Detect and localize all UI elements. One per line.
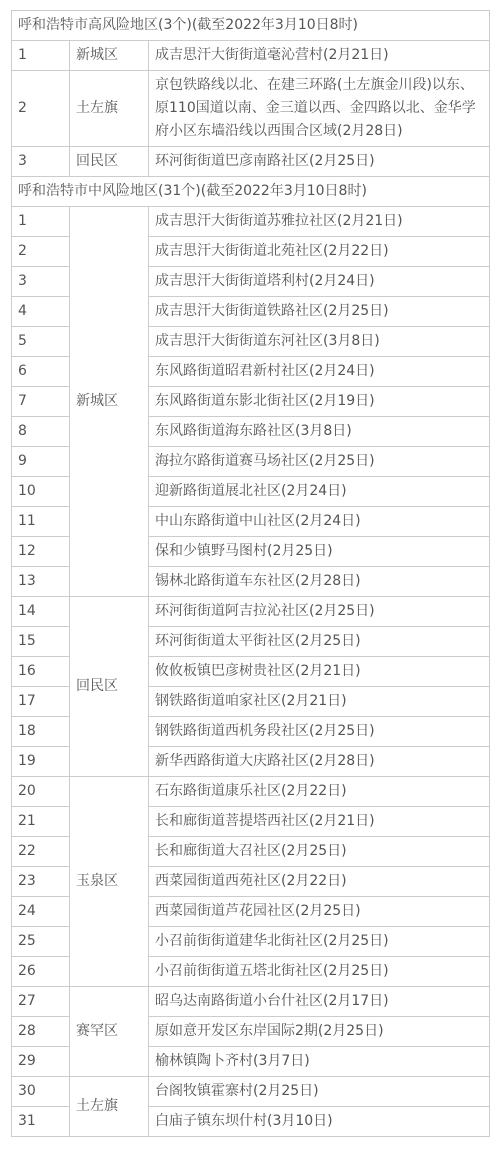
row-number-cell: 21	[12, 807, 70, 837]
location-cell: 小召前街街道建华北街社区(2月25日)	[149, 927, 490, 957]
location-cell: 环河街街道太平街社区(2月25日)	[149, 627, 490, 657]
location-cell: 成吉思汗大街街道苏雅拉社区(2月21日)	[149, 207, 490, 237]
location-cell: 京包铁路线以北、在建三环路(土左旗金川段)以东、原110国道以南、金三道以西、金…	[149, 71, 490, 147]
table-row: 3回民区环河街街道巴彦南路社区(2月25日)	[12, 147, 490, 177]
location-cell: 台阁牧镇霍寨村(2月25日)	[149, 1077, 490, 1107]
location-cell: 新华西路街道大庆路社区(2月28日)	[149, 747, 490, 777]
table-row: 20玉泉区石东路街道康乐社区(2月22日)	[12, 777, 490, 807]
row-number-cell: 19	[12, 747, 70, 777]
location-cell: 中山东路街道中山社区(2月24日)	[149, 507, 490, 537]
row-number-cell: 8	[12, 417, 70, 447]
section-header-2: 呼和浩特市中风险地区(31个)(截至2022年3月10日8时)	[12, 177, 490, 207]
location-cell: 西菜园街道西苑社区(2月22日)	[149, 867, 490, 897]
location-cell: 海拉尔路街道赛马场社区(2月25日)	[149, 447, 490, 477]
row-number-cell: 13	[12, 567, 70, 597]
location-cell: 东风路街道东影北街社区(2月19日)	[149, 387, 490, 417]
location-cell: 白庙子镇东坝什村(3月10日)	[149, 1107, 490, 1137]
row-number-cell: 17	[12, 687, 70, 717]
location-cell: 环河街街道巴彦南路社区(2月25日)	[149, 147, 490, 177]
row-number-cell: 23	[12, 867, 70, 897]
row-number-cell: 24	[12, 897, 70, 927]
location-cell: 锡林北路街道车东社区(2月28日)	[149, 567, 490, 597]
row-number-cell: 14	[12, 597, 70, 627]
row-number-cell: 1	[12, 207, 70, 237]
row-number-cell: 9	[12, 447, 70, 477]
location-cell: 昭乌达南路街道小台什社区(2月17日)	[149, 987, 490, 1017]
row-number-cell: 31	[12, 1107, 70, 1137]
row-number-cell: 2	[12, 71, 70, 147]
table-row: 1新城区成吉思汗大街街道苏雅拉社区(2月21日)	[12, 207, 490, 237]
row-number-cell: 7	[12, 387, 70, 417]
row-number-cell: 2	[12, 237, 70, 267]
section-header-row: 呼和浩特市高风险地区(3个)(截至2022年3月10日8时)	[12, 11, 490, 41]
location-cell: 成吉思汗大街街道塔利村(2月24日)	[149, 267, 490, 297]
district-cell: 新城区	[70, 41, 149, 71]
row-number-cell: 1	[12, 41, 70, 71]
row-number-cell: 10	[12, 477, 70, 507]
row-number-cell: 26	[12, 957, 70, 987]
district-cell: 土左旗	[70, 1077, 149, 1137]
district-cell: 赛罕区	[70, 987, 149, 1077]
row-number-cell: 16	[12, 657, 70, 687]
location-cell: 长和廊街道菩提塔西社区(2月21日)	[149, 807, 490, 837]
location-cell: 环河街街道阿吉拉沁社区(2月25日)	[149, 597, 490, 627]
location-cell: 榆林镇陶卜齐村(3月7日)	[149, 1047, 490, 1077]
district-cell: 回民区	[70, 597, 149, 777]
table-row: 14回民区环河街街道阿吉拉沁社区(2月25日)	[12, 597, 490, 627]
row-number-cell: 6	[12, 357, 70, 387]
location-cell: 石东路街道康乐社区(2月22日)	[149, 777, 490, 807]
location-cell: 钢铁路街道西机务段社区(2月25日)	[149, 717, 490, 747]
row-number-cell: 30	[12, 1077, 70, 1107]
table-row: 2土左旗京包铁路线以北、在建三环路(土左旗金川段)以东、原110国道以南、金三道…	[12, 71, 490, 147]
location-cell: 西菜园街道芦花园社区(2月25日)	[149, 897, 490, 927]
district-cell: 新城区	[70, 207, 149, 597]
row-number-cell: 3	[12, 267, 70, 297]
table-row: 27赛罕区昭乌达南路街道小台什社区(2月17日)	[12, 987, 490, 1017]
row-number-cell: 3	[12, 147, 70, 177]
row-number-cell: 18	[12, 717, 70, 747]
row-number-cell: 11	[12, 507, 70, 537]
table-row: 30土左旗台阁牧镇霍寨村(2月25日)	[12, 1077, 490, 1107]
location-cell: 成吉思汗大街街道东河社区(3月8日)	[149, 327, 490, 357]
row-number-cell: 5	[12, 327, 70, 357]
location-cell: 东风路街道昭君新村社区(2月24日)	[149, 357, 490, 387]
location-cell: 小召前街街道五塔北街社区(2月25日)	[149, 957, 490, 987]
location-cell: 成吉思汗大街街道北苑社区(2月22日)	[149, 237, 490, 267]
table-row: 1新城区成吉思汗大街街道毫沁营村(2月21日)	[12, 41, 490, 71]
row-number-cell: 15	[12, 627, 70, 657]
risk-table-body: 呼和浩特市高风险地区(3个)(截至2022年3月10日8时)1新城区成吉思汗大街…	[12, 11, 490, 1137]
location-cell: 长和廊街道大召社区(2月25日)	[149, 837, 490, 867]
location-cell: 原如意开发区东岸国际2期(2月25日)	[149, 1017, 490, 1047]
location-cell: 东风路街道海东路社区(3月8日)	[149, 417, 490, 447]
row-number-cell: 20	[12, 777, 70, 807]
district-cell: 玉泉区	[70, 777, 149, 987]
location-cell: 攸攸板镇巴彦树贵社区(2月21日)	[149, 657, 490, 687]
location-cell: 迎新路街道展北社区(2月24日)	[149, 477, 490, 507]
row-number-cell: 25	[12, 927, 70, 957]
risk-area-table: 呼和浩特市高风险地区(3个)(截至2022年3月10日8时)1新城区成吉思汗大街…	[11, 10, 490, 1137]
row-number-cell: 22	[12, 837, 70, 867]
location-cell: 保和少镇野马图村(2月25日)	[149, 537, 490, 567]
section-header-row: 呼和浩特市中风险地区(31个)(截至2022年3月10日8时)	[12, 177, 490, 207]
row-number-cell: 12	[12, 537, 70, 567]
row-number-cell: 27	[12, 987, 70, 1017]
district-cell: 土左旗	[70, 71, 149, 147]
risk-area-table-container: 呼和浩特市高风险地区(3个)(截至2022年3月10日8时)1新城区成吉思汗大街…	[11, 10, 489, 1137]
section-header-1: 呼和浩特市高风险地区(3个)(截至2022年3月10日8时)	[12, 11, 490, 41]
location-cell: 成吉思汗大街街道毫沁营村(2月21日)	[149, 41, 490, 71]
row-number-cell: 4	[12, 297, 70, 327]
row-number-cell: 28	[12, 1017, 70, 1047]
row-number-cell: 29	[12, 1047, 70, 1077]
location-cell: 成吉思汗大街街道铁路社区(2月25日)	[149, 297, 490, 327]
location-cell: 钢铁路街道咱家社区(2月21日)	[149, 687, 490, 717]
district-cell: 回民区	[70, 147, 149, 177]
